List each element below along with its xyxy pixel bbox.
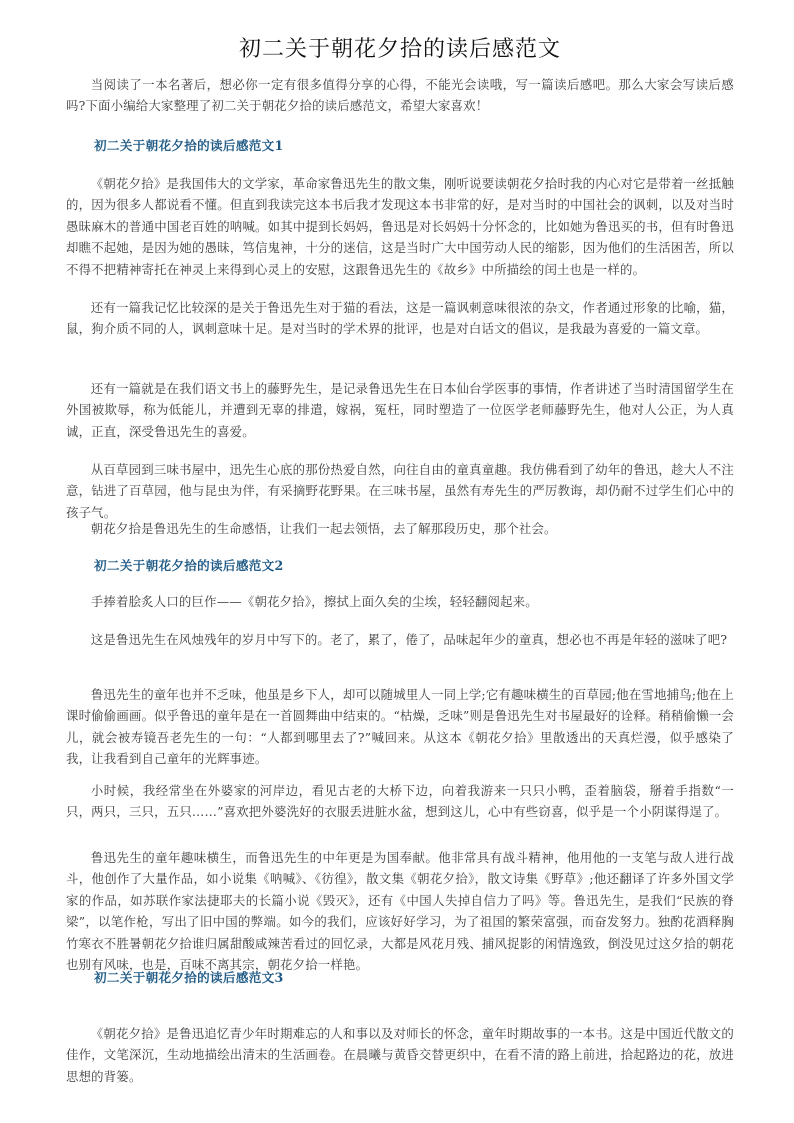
section-1-paragraph-1: 《朝花夕拾》是我国伟大的文学家，革命家鲁迅先生的散文集，刚听说要读朝花夕拾时我的… [66,173,734,280]
section-2-paragraph-1: 手捧着脍炙人口的巨作——《朝花夕拾》，擦拭上面久矣的尘埃，轻轻翻阅起来。 [66,591,734,612]
section-3-paragraph-1: 《朝花夕拾》是鲁迅追忆青少年时期难忘的人和事以及对师长的怀念，童年时期故事的一本… [66,1023,734,1087]
section-2-paragraph-3: 鲁迅先生的童年也并不乏味，他虽是乡下人，却可以随城里人一同上学;它有趣味横生的百… [66,684,734,770]
section-1-paragraph-3: 还有一篇就是在我们语文书上的藤野先生，是记录鲁迅先生在日本仙台学医事的事情，作者… [66,378,734,442]
section-2-paragraph-2: 这是鲁迅先生在风烛残年的岁月中写下的。老了，累了，倦了，品味起年少的童真，想必也… [66,629,734,650]
section-2-paragraph-4: 小时候，我经常坐在外婆家的河岸边，看见古老的大桥下边，向着我游来一只只小鸭，歪着… [66,780,734,823]
document-title: 初二关于朝花夕拾的读后感范文 [66,36,734,64]
section-heading-2: 初二关于朝花夕拾的读后感范文2 [94,557,284,575]
section-heading-3: 初二关于朝花夕拾的读后感范文3 [94,969,284,987]
intro-paragraph: 当阅读了一本名著后，想必你一定有很多值得分享的心得，不能光会读哦，写一篇读后感吧… [66,74,734,117]
section-heading-1: 初二关于朝花夕拾的读后感范文1 [94,137,284,155]
section-1-paragraph-5: 朝花夕拾是鲁迅先生的生命感悟，让我们一起去领悟，去了解那段历史，那个社会。 [66,518,734,539]
section-1-paragraph-4: 从百草园到三味书屋中，迅先生心底的那份热爱自然，向往自由的童真童趣。我仿佛看到了… [66,459,734,523]
section-2-paragraph-5: 鲁迅先生的童年趣味横生，而鲁迅先生的中年更是为国奉献。他非常具有战斗精神，他用他… [66,847,734,975]
section-1-paragraph-2: 还有一篇我记忆比较深的是关于鲁迅先生对于猫的看法，这是一篇讽刺意味很浓的杂文，作… [66,297,734,340]
